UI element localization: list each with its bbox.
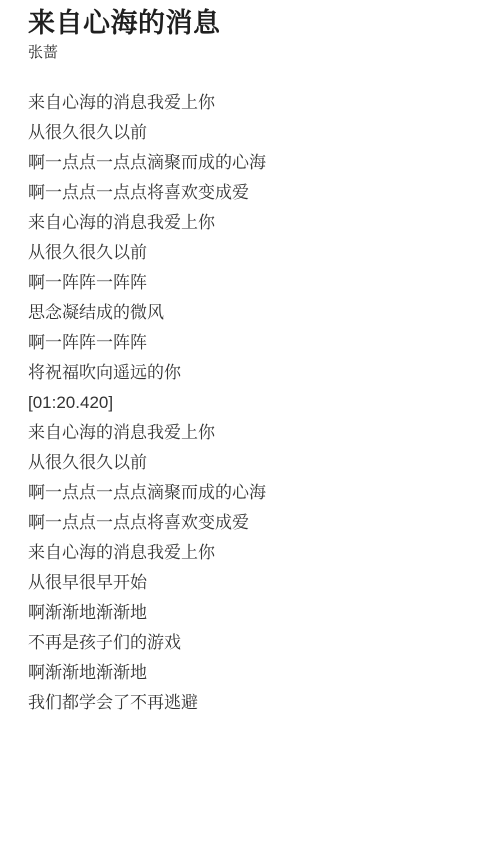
lyric-line: 来自心海的消息我爱上你 (28, 538, 480, 568)
lyric-line: 将祝福吹向遥远的你 (28, 358, 480, 388)
lyric-line: 啊一阵阵一阵阵 (28, 328, 480, 358)
lyric-line: [01:20.420] (28, 388, 480, 418)
lyric-line: 思念凝结成的微风 (28, 298, 480, 328)
lyric-line: 从很早很早开始 (28, 568, 480, 598)
lyric-line: 啊一点点一点点滴聚而成的心海 (28, 478, 480, 508)
lyric-line: 啊一点点一点点滴聚而成的心海 (28, 148, 480, 178)
lyric-line: 啊渐渐地渐渐地 (28, 658, 480, 688)
song-title: 来自心海的消息 (28, 6, 480, 40)
lyric-line: 啊一点点一点点将喜欢变成爱 (28, 508, 480, 538)
lyrics-page: 来自心海的消息 张蔷 来自心海的消息我爱上你从很久很久以前啊一点点一点点滴聚而成… (0, 0, 500, 850)
lyric-line: 从很久很久以前 (28, 118, 480, 148)
lyric-line: 啊渐渐地渐渐地 (28, 598, 480, 628)
lyric-line: 啊一点点一点点将喜欢变成爱 (28, 178, 480, 208)
artist-name: 张蔷 (28, 43, 480, 63)
lyric-line: 不再是孩子们的游戏 (28, 628, 480, 658)
lyric-line: 来自心海的消息我爱上你 (28, 88, 480, 118)
lyric-line: 来自心海的消息我爱上你 (28, 208, 480, 238)
lyric-line: 来自心海的消息我爱上你 (28, 418, 480, 448)
lyrics-list: 来自心海的消息我爱上你从很久很久以前啊一点点一点点滴聚而成的心海啊一点点一点点将… (28, 88, 480, 718)
lyric-line: 从很久很久以前 (28, 448, 480, 478)
lyric-line: 从很久很久以前 (28, 238, 480, 268)
lyric-line: 我们都学会了不再逃避 (28, 688, 480, 718)
lyric-line: 啊一阵阵一阵阵 (28, 268, 480, 298)
